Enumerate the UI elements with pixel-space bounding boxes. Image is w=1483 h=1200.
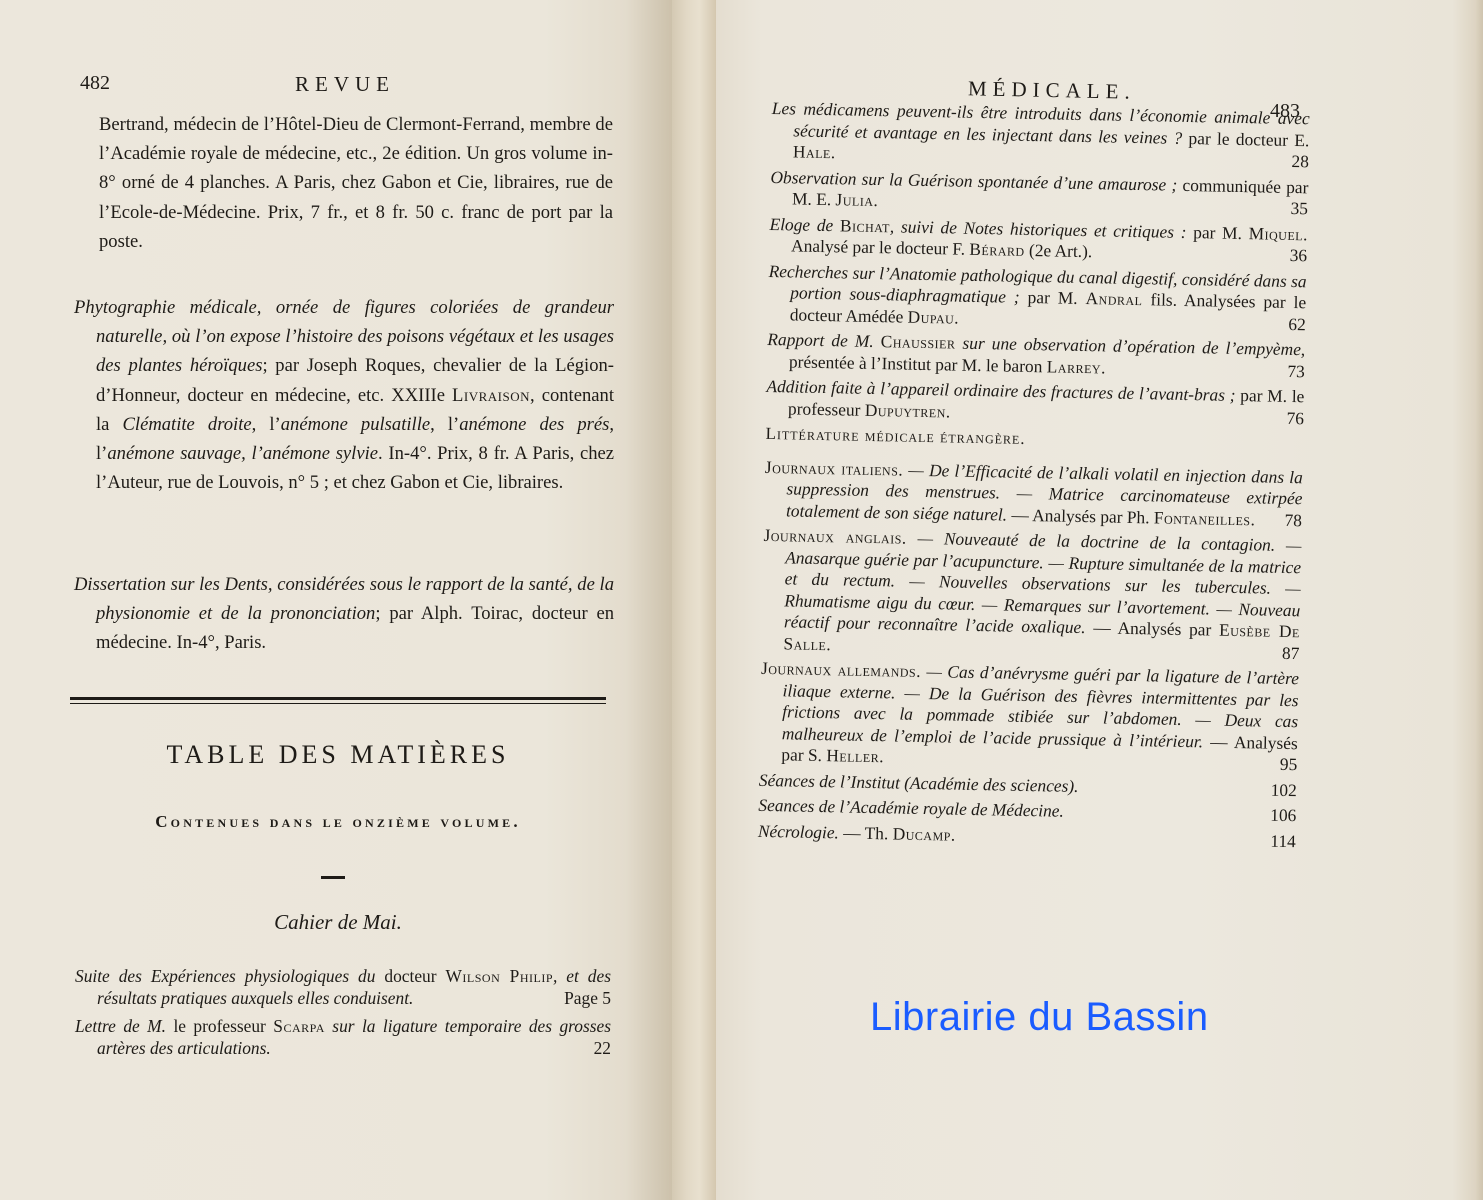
toc-page-number: Page 5 — [564, 987, 611, 1009]
toc-page-number: 78 — [1284, 509, 1302, 531]
text-run: anémone pulsatille — [281, 414, 430, 435]
text-run: Bertrand, médecin de l’Hôtel-Dieu de Cle… — [99, 114, 613, 252]
text-run: Heller — [826, 745, 879, 766]
toc-page-number: 76 — [1286, 407, 1304, 429]
text-run: — Th. — [839, 822, 893, 843]
toc-entry: Suite des Expériences physiologiques du … — [75, 965, 611, 1009]
toc-page-number: 22 — [594, 1037, 611, 1059]
left-body-paragraph-1: Bertrand, médecin de l’Hôtel-Dieu de Cle… — [99, 110, 613, 256]
text-run: Livraison — [452, 385, 530, 406]
toc-list-right: Les médicamens peuvent-ils être introdui… — [758, 98, 1310, 856]
toc-page-number: 28 — [1291, 151, 1309, 173]
text-run: anémone des prés — [459, 414, 609, 435]
toc-page-number: 87 — [1282, 642, 1300, 664]
text-run: Journaux anglais. — [763, 525, 907, 548]
text-run: Journaux allemands. — [761, 658, 921, 681]
text-run: . — [826, 634, 831, 654]
left-body-paragraph-2: Phytographie médicale, ornée de figures … — [74, 293, 614, 497]
watermark-text: Librairie du Bassin — [870, 995, 1209, 1040]
toc-entry: Observation sur la Guérison spontanée d’… — [770, 166, 1309, 219]
text-run: Dupuytren — [865, 399, 946, 421]
toc-entry: Addition faite à l’appareil ordinaire de… — [766, 376, 1305, 429]
toc-entry: Journaux italiens. — De l’Efficacité de … — [764, 456, 1303, 531]
text-run: par le docteur E. — [1182, 127, 1309, 149]
text-run: Nécrologie. — [758, 820, 839, 842]
text-run: docteur — [384, 966, 445, 986]
toc-entry: Eloge de Bichat, suivi de Notes historiq… — [769, 213, 1308, 266]
text-run: Eloge de — [769, 213, 840, 234]
text-run: Bérard — [969, 239, 1025, 260]
text-run: . — [873, 190, 878, 210]
text-run: Andral — [1085, 288, 1142, 309]
text-run: . — [879, 746, 884, 766]
text-run: — Analysés par — [1085, 617, 1219, 640]
ornamental-dash — [321, 876, 345, 879]
text-run: Bichat — [840, 215, 890, 236]
text-run: Wilson Philip — [445, 966, 553, 986]
book-spread: 482 REVUE Bertrand, médecin de l’Hôtel-D… — [0, 0, 1483, 1200]
toc-subtitle: Contenues dans le onzième volume. — [70, 812, 606, 832]
toc-page-number: 95 — [1280, 754, 1298, 776]
toc-entry: Lettre de M. le professeur Scarpa sur la… — [75, 1015, 611, 1059]
left-body-paragraph-3: Dissertation sur les Dents, considérées … — [74, 570, 614, 658]
left-running-head: REVUE — [295, 72, 395, 97]
text-run: Seances de l’Académie royale de Médecine… — [758, 795, 1064, 821]
toc-page-number: 62 — [1288, 313, 1306, 335]
text-run: Lettre de M. — [75, 1016, 173, 1036]
text-run: Scarpa — [273, 1016, 325, 1036]
text-run: , l’ — [252, 414, 281, 435]
text-run: . — [1101, 357, 1106, 377]
section-heading-cahier: Cahier de Mai. — [70, 910, 606, 935]
text-run: . — [831, 142, 836, 162]
body-paragraph: Phytographie médicale, ornée de figures … — [74, 293, 614, 497]
body-paragraph: Bertrand, médecin de l’Hôtel-Dieu de Cle… — [99, 110, 613, 256]
toc-list-left: Suite des Expériences physiologiques du … — [75, 965, 611, 1065]
double-rule-divider — [70, 697, 606, 704]
toc-entry: Journaux allemands. — Cas d’anévrysme gu… — [759, 658, 1299, 776]
toc-page-number: 102 — [1271, 779, 1298, 801]
text-run: Ducamp — [893, 823, 952, 844]
text-run: le professeur — [173, 1016, 273, 1036]
text-run: anémone sauvage, l’anémone sylvie — [107, 443, 378, 464]
text-run: Julia — [835, 189, 873, 210]
toc-entry: Recherches sur l’Anatomie pathologique d… — [768, 260, 1307, 335]
text-run: , l’ — [430, 414, 459, 435]
text-run: Suite des Expériences physiologiques du — [75, 966, 384, 986]
text-run: . — [951, 824, 956, 844]
body-paragraph: Dissertation sur les Dents, considérées … — [74, 570, 614, 658]
text-run: Journaux italiens. — [765, 456, 904, 479]
toc-title: TABLE DES MATIÈRES — [70, 740, 606, 770]
toc-page-number: 36 — [1289, 245, 1307, 267]
text-run: Miquel — [1248, 223, 1303, 244]
text-run: . — [946, 401, 951, 421]
left-page-number: 482 — [80, 72, 110, 95]
toc-page-number: 35 — [1290, 198, 1308, 220]
text-run: Clématite droite — [123, 414, 252, 435]
text-run: Larrey — [1047, 356, 1102, 377]
toc-page-number: 73 — [1287, 360, 1305, 382]
toc-entry: Rapport de M. Chaussier sur une observat… — [767, 329, 1306, 382]
book-gutter — [672, 0, 722, 1200]
toc-entry: Les médicamens peuvent-ils être introdui… — [771, 98, 1310, 173]
toc-page-number: 106 — [1270, 805, 1297, 827]
text-run: (2e Art.). — [1024, 240, 1092, 261]
right-running-head: MÉDICALE. — [968, 76, 1136, 105]
text-run: Séances de l’Institut (Académie des scie… — [759, 769, 1079, 795]
text-run: Fontaneilles — [1154, 507, 1251, 529]
text-run: . — [954, 307, 959, 327]
text-run: Chaussier — [881, 331, 956, 352]
text-run: Dupau — [907, 306, 954, 327]
text-run: Rapport de M. — [767, 329, 881, 351]
text-run: — Analysés par Ph. — [1007, 504, 1154, 527]
text-run: par M. — [1020, 287, 1086, 308]
toc-entry: Journaux anglais. — Nouveauté de la doct… — [761, 525, 1301, 664]
text-run: . — [1250, 509, 1255, 529]
text-run: Hale — [793, 141, 831, 162]
toc-page-number: 114 — [1270, 830, 1296, 852]
text-run: par M. — [1186, 221, 1249, 242]
